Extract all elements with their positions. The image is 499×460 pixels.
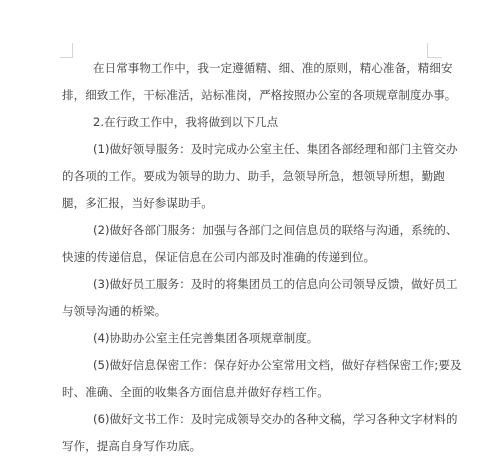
text-line: (5)做好信息保密工作：保存好办公室常用文档，做好存档保密工作;要及 bbox=[62, 352, 454, 379]
text-line: 时、准确、全面的收集各方面信息并做好存档工作。 bbox=[62, 379, 454, 406]
text-line: 在日常事物工作中，我一定遵循精、细、准的原则，精心准备，精细安 bbox=[62, 55, 454, 82]
text-line: 2.在行政工作中，我将做到以下几点 bbox=[62, 109, 454, 136]
text-line: (6)做好文书工作：及时完成领导交办的各种文稿，学习各种文字材料的 bbox=[62, 406, 454, 433]
text-line: 腿，多汇报，当好参谋助手。 bbox=[62, 190, 454, 217]
text-line: (4)协助办公室主任完善集团各项规章制度。 bbox=[62, 325, 454, 352]
document-page: 在日常事物工作中，我一定遵循精、细、准的原则，精心准备，精细安排，细致工作，干标… bbox=[0, 0, 499, 460]
document-body: 在日常事物工作中，我一定遵循精、细、准的原则，精心准备，精细安排，细致工作，干标… bbox=[62, 55, 454, 460]
text-line: 写作，提高自身写作功底。 bbox=[62, 433, 454, 460]
text-line: (1)做好领导服务：及时完成办公室主任、集团各部经理和部门主管交办 bbox=[62, 136, 454, 163]
text-line: (3)做好员工服务：及时的将集团员工的信息向公司领导反馈，做好员工 bbox=[62, 271, 454, 298]
text-line: 排，细致工作，干标准活，站标准岗，严格按照办公室的各项规章制度办事。 bbox=[62, 82, 454, 109]
text-line: 的各项的工作。要成为领导的助力、助手，急领导所急，想领导所想，勤跑 bbox=[62, 163, 454, 190]
text-line: 与领导沟通的桥梁。 bbox=[62, 298, 454, 325]
text-line: (2)做好各部门服务：加强与各部门之间信息员的联络与沟通，系统的、 bbox=[62, 217, 454, 244]
text-line: 快速的传递信息，保证信息在公司内部及时准确的传递到位。 bbox=[62, 244, 454, 271]
